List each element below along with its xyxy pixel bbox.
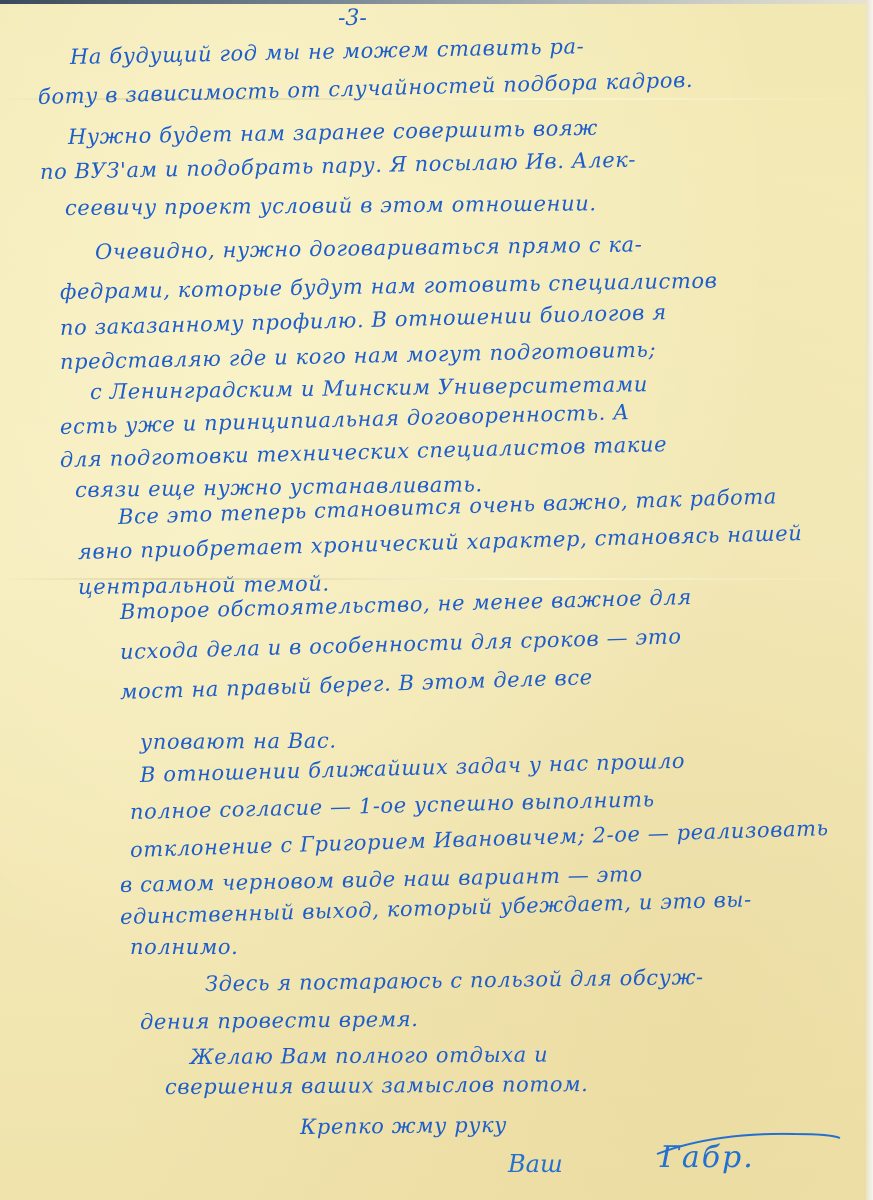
signature-flourish-icon (655, 1128, 845, 1158)
letter-line: представляю где и кого нам могут подгото… (60, 338, 657, 374)
letter-line: мост на правый берег. В этом деле все (120, 665, 593, 704)
letter-line: Здесь я постараюсь с пользой для обсуж- (205, 965, 704, 996)
letter-line: для подготовки технических специалистов … (60, 432, 668, 472)
letter-line: федрами, которые будут нам готовить спец… (60, 269, 718, 304)
letter-line: есть уже и принципиальная договоренность… (60, 400, 630, 439)
valediction: Ваш (508, 1150, 563, 1178)
letter-line: сеевичу проект условий в этом отношении. (65, 191, 597, 220)
letter-line: уповают на Вас. (140, 729, 337, 754)
page-number: -3- (338, 6, 367, 31)
letter-line: боту в зависимость от случайностей подбо… (38, 68, 694, 109)
letter-line: Крепко жму руку (300, 1113, 507, 1139)
letter-line: дения провести время. (140, 1007, 419, 1034)
scan-right-edge (866, 0, 873, 1200)
letter-line: свершения ваших замыслов потом. (165, 1072, 589, 1099)
letter-line: Очевидно, нужно договариваться прямо с к… (95, 232, 643, 264)
letter-page: -3- На будущий год мы не можем ставить р… (0, 0, 873, 1200)
letter-line: В отношении ближайших задач у нас прошло (140, 749, 686, 787)
letter-line: исхода дела и в особенности для сроков —… (120, 624, 682, 664)
letter-line: На будущий год мы не можем ставить ра- (70, 34, 585, 69)
letter-line: отклонение с Григорием Ивановичем; 2-ое … (130, 816, 829, 862)
letter-line: по заказанному профилю. В отношении биол… (60, 300, 667, 340)
letter-line: с Ленинградским и Минским Университетами (90, 372, 648, 404)
letter-line: Желаю Вам полного отдыха и (190, 1042, 548, 1069)
scan-top-edge (0, 0, 873, 4)
letter-line: явно приобретает хронический характер, с… (78, 521, 803, 564)
letter-line: по ВУЗ'ам и подобрать пару. Я посылаю Ив… (40, 148, 637, 184)
letter-line: полнимо. (130, 935, 238, 959)
letter-line: Нужно будет нам заранее совершить вояж (68, 116, 598, 149)
letter-line: полное согласие — 1-ое успешно выполнить (130, 787, 655, 824)
